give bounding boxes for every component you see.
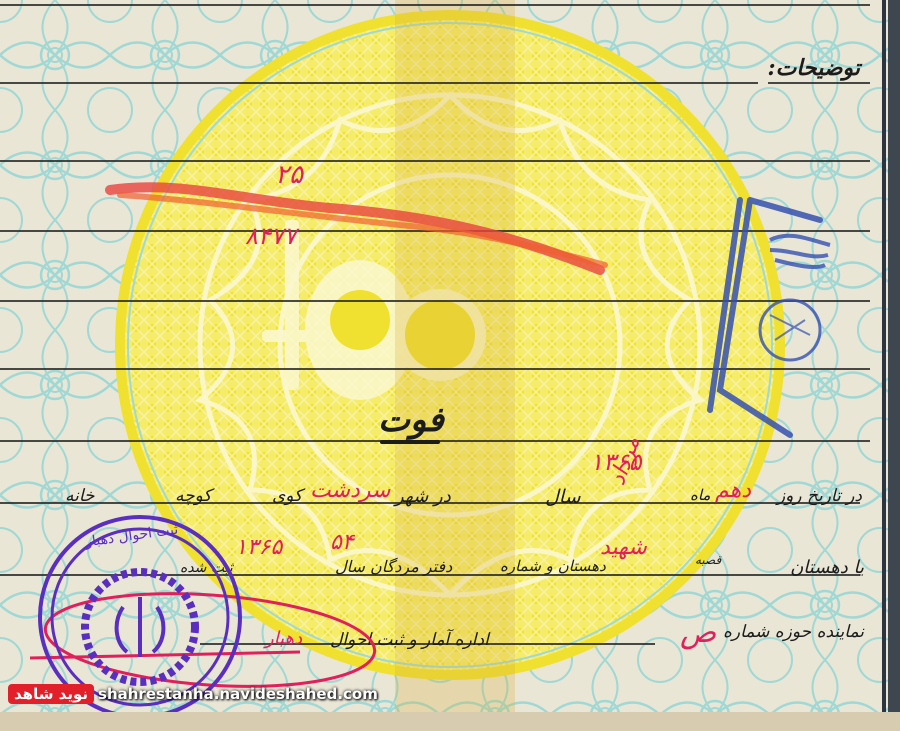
id-document-page: توضیحات: ۲۵ ۸۴۷۷ فوت در تاریخ روز دهم ما… bbox=[0, 0, 900, 731]
label-town: قصبه bbox=[695, 553, 721, 567]
signature: ص bbox=[680, 615, 716, 650]
title-underline bbox=[380, 440, 440, 444]
page-bottom-edge bbox=[0, 712, 900, 731]
ruled-line bbox=[0, 4, 870, 6]
ruled-line bbox=[0, 160, 870, 162]
ruled-line bbox=[768, 82, 870, 84]
label-death-registry-year: دفتر مردگان سال bbox=[335, 557, 452, 576]
label-year: سال bbox=[545, 486, 581, 508]
value-city: سردشت bbox=[310, 478, 390, 503]
label-house: خانه bbox=[65, 486, 95, 506]
frame-border bbox=[882, 0, 886, 712]
label-date-day: در تاریخ روز bbox=[777, 486, 862, 506]
value-year: ۱۳۶۵ bbox=[590, 448, 642, 476]
label-city: در شهر bbox=[395, 486, 451, 507]
section-title-death: فوت bbox=[378, 400, 444, 440]
label-month: ماه bbox=[690, 486, 710, 504]
value-day: دهم bbox=[715, 478, 751, 503]
aged-tape-strip bbox=[395, 0, 515, 731]
square-blue-stamp bbox=[700, 190, 840, 440]
notes-heading: توضیحات: bbox=[767, 55, 860, 81]
red-strikethrough-mark bbox=[100, 170, 610, 280]
value-status-martyr: شهید bbox=[600, 535, 647, 560]
label-street: کوچه bbox=[175, 486, 212, 506]
label-record-number: دهستان و شماره bbox=[500, 557, 606, 575]
label-village: یا دهستان bbox=[790, 557, 864, 578]
watermark-logo: نوید شاهد bbox=[8, 684, 94, 704]
label-quarter: کوی bbox=[272, 486, 302, 506]
site-watermark: نوید شاهد shahrestanha.navideshahed.com bbox=[8, 684, 378, 704]
frame-border-outer bbox=[888, 0, 900, 731]
value-registry-number: ۵۴ bbox=[330, 530, 354, 555]
watermark-url: shahrestanha.navideshahed.com bbox=[98, 685, 378, 703]
label-representative: نماینده حوزه شماره bbox=[723, 622, 864, 642]
ruled-line bbox=[0, 82, 758, 84]
